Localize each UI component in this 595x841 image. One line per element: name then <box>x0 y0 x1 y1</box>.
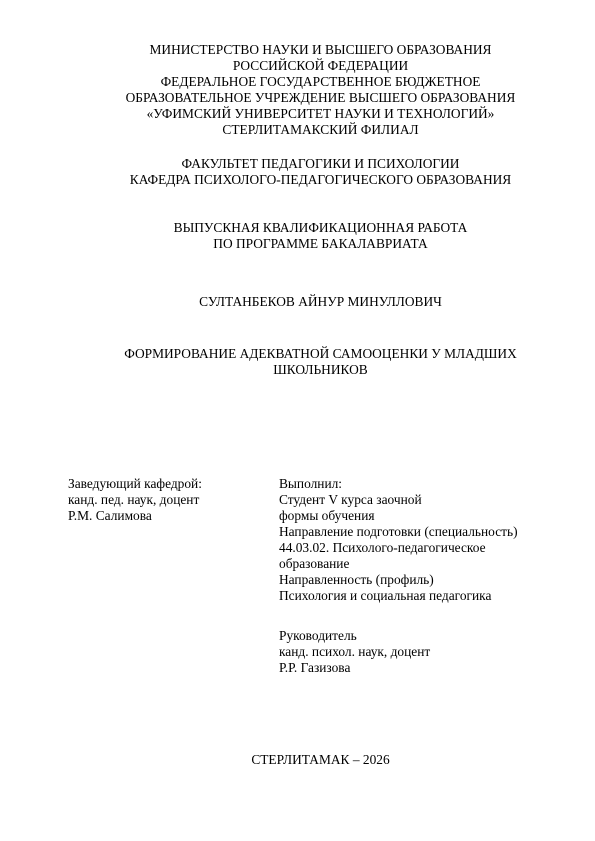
performer-label: Выполнил: <box>279 476 518 492</box>
author-block: СУЛТАНБЕКОВ АЙНУР МИНУЛЛОВИЧ <box>0 294 595 310</box>
performer-line: Направленность (профиль) <box>279 572 518 588</box>
performer-line: образование <box>279 556 518 572</box>
performer-block: Выполнил: Студент V курса заочной формы … <box>279 476 518 604</box>
faculty-name: ФАКУЛЬТЕТ ПЕДАГОГИКИ И ПСИХОЛОГИИ <box>46 156 595 172</box>
branch-name: СТЕРЛИТАМАКСКИЙ ФИЛИАЛ <box>46 122 595 138</box>
institution-line-2: ОБРАЗОВАТЕЛЬНОЕ УЧРЕЖДЕНИЕ ВЫСШЕГО ОБРАЗ… <box>46 90 595 106</box>
city-year-footer: СТЕРЛИТАМАК – 2026 <box>0 752 595 768</box>
department-name: КАФЕДРА ПСИХОЛОГО-ПЕДАГОГИЧЕСКОГО ОБРАЗО… <box>46 172 595 188</box>
faculty-block: ФАКУЛЬТЕТ ПЕДАГОГИКИ И ПСИХОЛОГИИ КАФЕДР… <box>0 156 595 188</box>
city-year: СТЕРЛИТАМАК – 2026 <box>46 752 595 768</box>
supervisor-degree: канд. психол. наук, доцент <box>279 644 430 660</box>
thesis-title-line-1: ФОРМИРОВАНИЕ АДЕКВАТНОЙ САМООЦЕНКИ У МЛА… <box>46 346 595 362</box>
institution-header: МИНИСТЕРСТВО НАУКИ И ВЫСШЕГО ОБРАЗОВАНИЯ… <box>0 42 595 138</box>
work-type-line-1: ВЫПУСКНАЯ КВАЛИФИКАЦИОННАЯ РАБОТА <box>46 220 595 236</box>
head-of-department-degree: канд. пед. наук, доцент <box>68 492 202 508</box>
author-name: СУЛТАНБЕКОВ АЙНУР МИНУЛЛОВИЧ <box>46 294 595 310</box>
performer-line: Психология и социальная педагогика <box>279 588 518 604</box>
thesis-title-line-2: ШКОЛЬНИКОВ <box>46 362 595 378</box>
work-type-line-2: ПО ПРОГРАММЕ БАКАЛАВРИАТА <box>46 236 595 252</box>
work-type-block: ВЫПУСКНАЯ КВАЛИФИКАЦИОННАЯ РАБОТА ПО ПРО… <box>0 220 595 252</box>
performer-line: Направление подготовки (специальность) <box>279 524 518 540</box>
supervisor-block: Руководитель канд. психол. наук, доцент … <box>279 628 430 676</box>
supervisor-label: Руководитель <box>279 628 430 644</box>
university-name: «УФИМСКИЙ УНИВЕРСИТЕТ НАУКИ И ТЕХНОЛОГИЙ… <box>46 106 595 122</box>
head-of-department-block: Заведующий кафедрой: канд. пед. наук, до… <box>68 476 202 524</box>
thesis-title: ФОРМИРОВАНИЕ АДЕКВАТНОЙ САМООЦЕНКИ У МЛА… <box>0 346 595 378</box>
ministry-line-1: МИНИСТЕРСТВО НАУКИ И ВЫСШЕГО ОБРАЗОВАНИЯ <box>46 42 595 58</box>
institution-line-1: ФЕДЕРАЛЬНОЕ ГОСУДАРСТВЕННОЕ БЮДЖЕТНОЕ <box>46 74 595 90</box>
head-of-department-label: Заведующий кафедрой: <box>68 476 202 492</box>
supervisor-name: Р.Р. Газизова <box>279 660 430 676</box>
performer-line: формы обучения <box>279 508 518 524</box>
head-of-department-name: Р.М. Салимова <box>68 508 202 524</box>
performer-line: Студент V курса заочной <box>279 492 518 508</box>
ministry-line-2: РОССИЙСКОЙ ФЕДЕРАЦИИ <box>46 58 595 74</box>
performer-line: 44.03.02. Психолого-педагогическое <box>279 540 518 556</box>
